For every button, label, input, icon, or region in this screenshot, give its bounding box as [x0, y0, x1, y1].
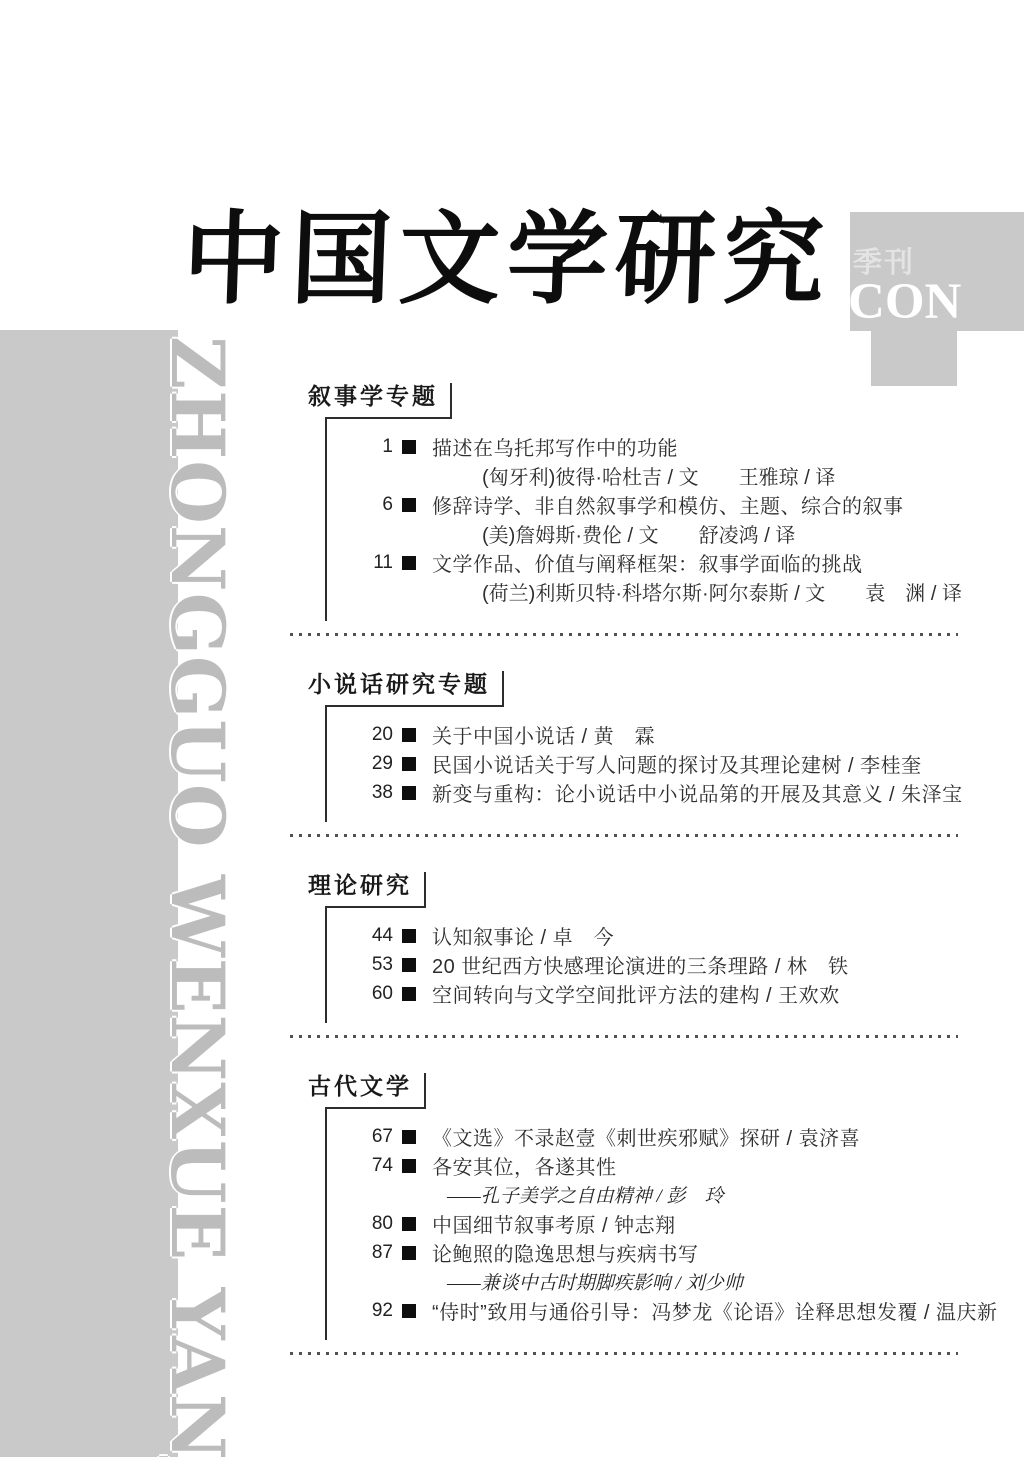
toc-content: 叙事学专题 1 描述在乌托邦写作中的功能 (匈牙利)彼得·哈杜吉 / 文 王雅琼…	[308, 382, 964, 1389]
contents-corner-step	[871, 331, 957, 386]
square-bullet-icon	[402, 1304, 416, 1318]
section-heading-wrap: 叙事学专题	[308, 382, 438, 419]
section-heading-wrap: 理论研究	[308, 871, 412, 908]
toc-section: 理论研究 44 认知叙事论 / 卓 今 53 20 世纪西方快感理论演进的三条理…	[308, 871, 964, 1023]
entry-page-number: 44	[327, 925, 393, 947]
toc-entry-row: 6 修辞诗学、非自然叙事学和模仿、主题、综合的叙事	[327, 490, 964, 519]
entry-title: “侍时”致用与通俗引导：冯梦龙《论语》诠释思想发覆 / 温庆新	[432, 1296, 998, 1325]
entry-title: 新变与重构：论小说话中小说品第的开展及其意义 / 朱泽宝	[432, 778, 963, 807]
entry-subtitle-row: ——兼谈中古时期脚疾影响 / 刘少帅	[327, 1267, 964, 1296]
entry-author-row: (匈牙利)彼得·哈杜吉 / 文 王雅琼 / 译	[327, 461, 964, 490]
entry-author-row: (荷兰)利斯贝特·科塔尔斯·阿尔泰斯 / 文 袁 渊 / 译	[327, 577, 964, 606]
section-entries: 44 认知叙事论 / 卓 今 53 20 世纪西方快感理论演进的三条理路 / 林…	[325, 908, 964, 1023]
entry-title: 认知叙事论 / 卓 今	[432, 921, 614, 950]
square-bullet-icon	[402, 728, 416, 742]
toc-section: 小说话研究专题 20 关于中国小说话 / 黄 霖 29 民国小说话关于写人问题的…	[308, 670, 964, 822]
entry-title: 关于中国小说话 / 黄 霖	[432, 720, 655, 749]
entry-page-number: 20	[327, 724, 393, 746]
entry-title: 各安其位，各遂其性	[432, 1151, 617, 1180]
square-bullet-icon	[402, 498, 416, 512]
toc-entry-row: 67 《文选》不录赵壹《刺世疾邪赋》探研 / 袁济喜	[327, 1122, 964, 1151]
entry-page-number: 11	[327, 552, 393, 574]
square-bullet-icon	[402, 1159, 416, 1173]
toc-entry-row: 29 民国小说话关于写人问题的探讨及其理论建树 / 李桂奎	[327, 749, 964, 778]
dotted-separator	[290, 633, 958, 636]
toc-entry-row: 53 20 世纪西方快感理论演进的三条理路 / 林 铁	[327, 950, 964, 979]
entry-page-number: 87	[327, 1242, 393, 1264]
toc-entry-row: 92 “侍时”致用与通俗引导：冯梦龙《论语》诠释思想发覆 / 温庆新	[327, 1296, 964, 1325]
entry-subtitle: ——孔子美学之自由精神 / 彭 玲	[447, 1181, 724, 1208]
entry-page-number: 92	[327, 1300, 393, 1322]
entry-title: 《文选》不录赵壹《刺世疾邪赋》探研 / 袁济喜	[432, 1122, 860, 1151]
section-heading-wrap: 小说话研究专题	[308, 670, 490, 707]
entry-title: 空间转向与文学空间批评方法的建构 / 王欢欢	[432, 979, 840, 1008]
square-bullet-icon	[402, 786, 416, 800]
toc-entry-row: 87 论鲍照的隐逸思想与疾病书写	[327, 1238, 964, 1267]
toc-entry-row: 11 文学作品、价值与阐释框架：叙事学面临的挑战	[327, 548, 964, 577]
entry-subtitle: ——兼谈中古时期脚疾影响 / 刘少帅	[447, 1268, 743, 1295]
journal-title-calligraphy: 中国文学研究	[181, 194, 834, 324]
toc-entry-row: 44 认知叙事论 / 卓 今	[327, 921, 964, 950]
entry-title: 论鲍照的隐逸思想与疾病书写	[432, 1238, 699, 1267]
entry-author-line: (匈牙利)彼得·哈杜吉 / 文 王雅琼 / 译	[482, 461, 835, 490]
square-bullet-icon	[402, 1130, 416, 1144]
toc-entry-row: 60 空间转向与文学空间批评方法的建构 / 王欢欢	[327, 979, 964, 1008]
section-bracket-line	[325, 1073, 426, 1109]
toc-entry-row: 20 关于中国小说话 / 黄 霖	[327, 720, 964, 749]
entry-title: 修辞诗学、非自然叙事学和模仿、主题、综合的叙事	[432, 490, 904, 519]
left-gray-panel	[0, 330, 178, 1457]
entry-page-number: 67	[327, 1126, 393, 1148]
section-entries: 1 描述在乌托邦写作中的功能 (匈牙利)彼得·哈杜吉 / 文 王雅琼 / 译 6…	[325, 419, 964, 621]
toc-section: 叙事学专题 1 描述在乌托邦写作中的功能 (匈牙利)彼得·哈杜吉 / 文 王雅琼…	[308, 382, 964, 621]
entry-title: 中国细节叙事考原 / 钟志翔	[432, 1209, 676, 1238]
entry-title: 文学作品、价值与阐释框架：叙事学面临的挑战	[432, 548, 863, 577]
square-bullet-icon	[402, 1217, 416, 1231]
square-bullet-icon	[402, 440, 416, 454]
toc-entry-row: 1 描述在乌托邦写作中的功能	[327, 432, 964, 461]
toc-entry-row: 38 新变与重构：论小说话中小说品第的开展及其意义 / 朱泽宝	[327, 778, 964, 807]
entry-page-number: 53	[327, 954, 393, 976]
entry-author-row: (美)詹姆斯·费伦 / 文 舒凌鸿 / 译	[327, 519, 964, 548]
entry-title: 描述在乌托邦写作中的功能	[432, 432, 678, 461]
entry-page-number: 60	[327, 983, 393, 1005]
contents-abbreviation: CON	[848, 277, 961, 328]
square-bullet-icon	[402, 958, 416, 972]
entry-author-line: (美)詹姆斯·费伦 / 文 舒凌鸿 / 译	[482, 519, 795, 548]
entry-page-number: 80	[327, 1213, 393, 1235]
entry-page-number: 29	[327, 753, 393, 775]
square-bullet-icon	[402, 1246, 416, 1260]
section-entries: 20 关于中国小说话 / 黄 霖 29 民国小说话关于写人问题的探讨及其理论建树…	[325, 707, 964, 822]
dotted-separator	[290, 834, 958, 837]
toc-entry-row: 80 中国细节叙事考原 / 钟志翔	[327, 1209, 964, 1238]
entry-page-number: 74	[327, 1155, 393, 1177]
square-bullet-icon	[402, 757, 416, 771]
entry-title: 20 世纪西方快感理论演进的三条理路 / 林 铁	[432, 950, 848, 979]
square-bullet-icon	[402, 987, 416, 1001]
entry-subtitle-row: ——孔子美学之自由精神 / 彭 玲	[327, 1180, 964, 1209]
square-bullet-icon	[402, 929, 416, 943]
section-bracket-line	[325, 872, 426, 908]
entry-author-line: (荷兰)利斯贝特·科塔尔斯·阿尔泰斯 / 文 袁 渊 / 译	[482, 577, 962, 606]
dotted-separator	[290, 1035, 958, 1038]
journal-pinyin-vertical: ZHONGGUO WENXUE YANJIU	[171, 336, 223, 1431]
entry-page-number: 1	[327, 436, 393, 458]
entry-page-number: 38	[327, 782, 393, 804]
section-heading-wrap: 古代文学	[308, 1072, 412, 1109]
dotted-separator	[290, 1352, 958, 1355]
entry-title: 民国小说话关于写人问题的探讨及其理论建树 / 李桂奎	[432, 749, 922, 778]
toc-section: 古代文学 67 《文选》不录赵壹《刺世疾邪赋》探研 / 袁济喜 74 各安其位，…	[308, 1072, 964, 1340]
section-entries: 67 《文选》不录赵壹《刺世疾邪赋》探研 / 袁济喜 74 各安其位，各遂其性 …	[325, 1109, 964, 1340]
entry-page-number: 6	[327, 494, 393, 516]
square-bullet-icon	[402, 556, 416, 570]
section-bracket-line	[325, 383, 452, 419]
section-bracket-line	[325, 671, 504, 707]
toc-entry-row: 74 各安其位，各遂其性	[327, 1151, 964, 1180]
